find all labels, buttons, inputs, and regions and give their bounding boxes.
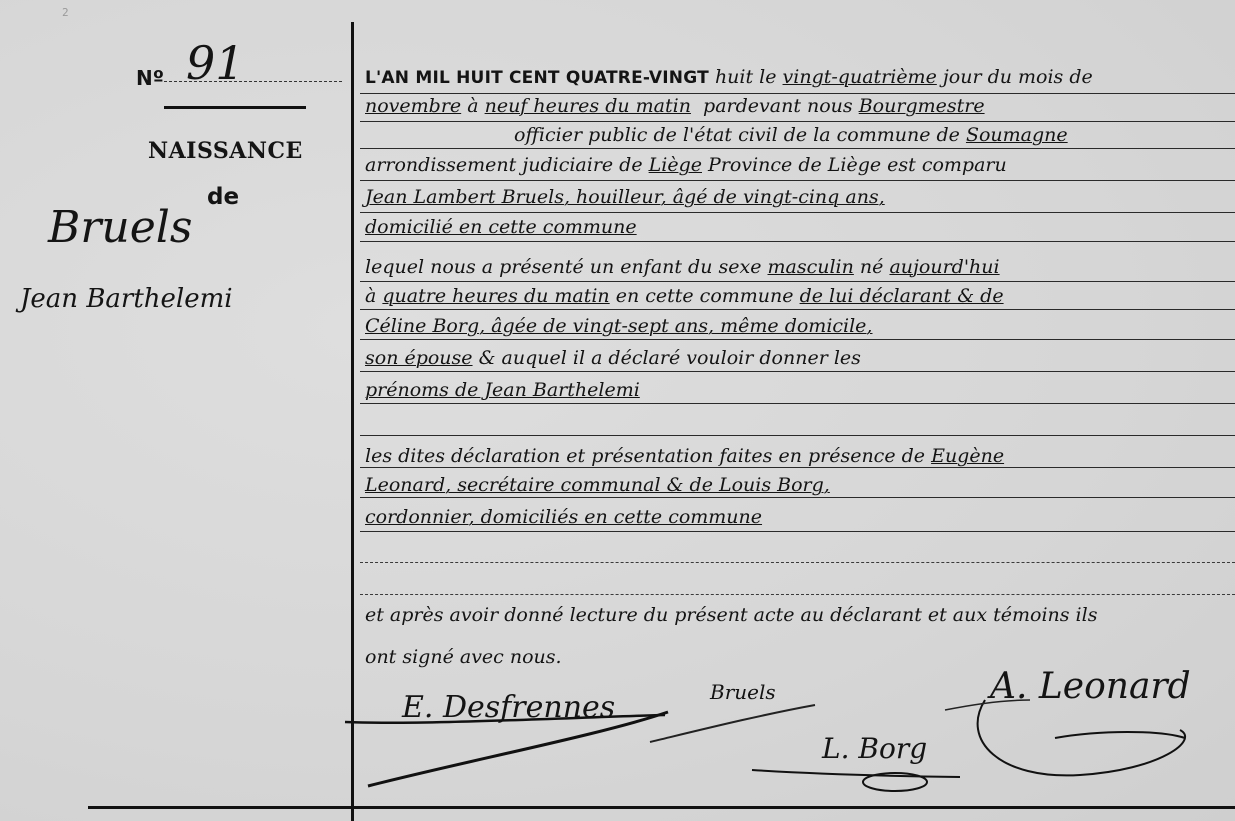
act-line-6: domicilié en cette commune: [365, 216, 637, 238]
act-line-5: Jean Lambert Bruels, houilleur, âgé de v…: [365, 186, 885, 208]
child-surname: Bruels: [48, 202, 192, 253]
ruled-line: [360, 309, 1235, 310]
ruled-line: [360, 241, 1235, 242]
register-page: 2 Nº 91 NAISSANCE de Bruels Jean Barthel…: [0, 0, 1235, 821]
number-underline: [164, 106, 306, 109]
act-line-15: et après avoir donné lecture du présent …: [365, 604, 1097, 626]
act-line-4: arrondissement judiciaire de Liège Provi…: [365, 154, 1007, 176]
act-line-13: Leonard, secrétaire communal & de Louis …: [365, 474, 830, 496]
act-line-10: son épouse & auquel il a déclaré vouloir…: [365, 347, 861, 369]
act-line-1: L'AN MIL HUIT CENT QUATRE-VINGT huit le …: [365, 66, 1093, 88]
ruled-line: [360, 121, 1235, 122]
act-line-8: à quatre heures du matin en cette commun…: [365, 285, 1004, 307]
act-line-12: les dites déclaration et présentation fa…: [365, 445, 1004, 467]
signature-declarant: Bruels: [710, 680, 776, 704]
corner-mark: 2: [62, 6, 69, 19]
ruled-line: [360, 148, 1235, 149]
act-line-7: lequel nous a présenté un enfant du sexe…: [365, 256, 1000, 278]
act-line-14: cordonnier, domiciliés en cette commune: [365, 506, 762, 528]
act-line-3: officier public de l'état civil de la co…: [514, 124, 1068, 146]
record-number: 91: [186, 36, 245, 90]
margin-divider: [351, 22, 354, 821]
ruled-line: [360, 594, 1235, 595]
ruled-line: [360, 531, 1235, 532]
child-given-names: Jean Barthelemi: [20, 284, 233, 314]
ruled-line: [360, 562, 1235, 563]
signature-witness-leonard: A. Leonard: [990, 666, 1191, 707]
ruled-line: [360, 93, 1235, 94]
act-line-16: ont signé avec nous.: [365, 646, 562, 668]
ruled-line: [360, 180, 1235, 181]
ruled-line: [360, 371, 1235, 372]
ruled-line: [360, 435, 1235, 436]
ruled-line: [360, 403, 1235, 404]
record-type: NAISSANCE: [148, 138, 303, 164]
signature-officer: E. Desfrennes: [402, 690, 615, 725]
signature-witness-borg: L. Borg: [822, 732, 927, 765]
bottom-rule: [88, 806, 1235, 809]
ruled-line: [360, 467, 1235, 468]
record-number-label: Nº: [136, 66, 164, 90]
ruled-line: [360, 339, 1235, 340]
act-line-11: prénoms de Jean Barthelemi: [365, 379, 640, 401]
act-line-9: Céline Borg, âgée de vingt-sept ans, mêm…: [365, 315, 872, 337]
ruled-line: [360, 281, 1235, 282]
ruled-line: [360, 497, 1235, 498]
de-label: de: [207, 184, 239, 210]
act-line-2: novembre à neuf heures du matin pardevan…: [365, 95, 985, 117]
ruled-line: [360, 212, 1235, 213]
